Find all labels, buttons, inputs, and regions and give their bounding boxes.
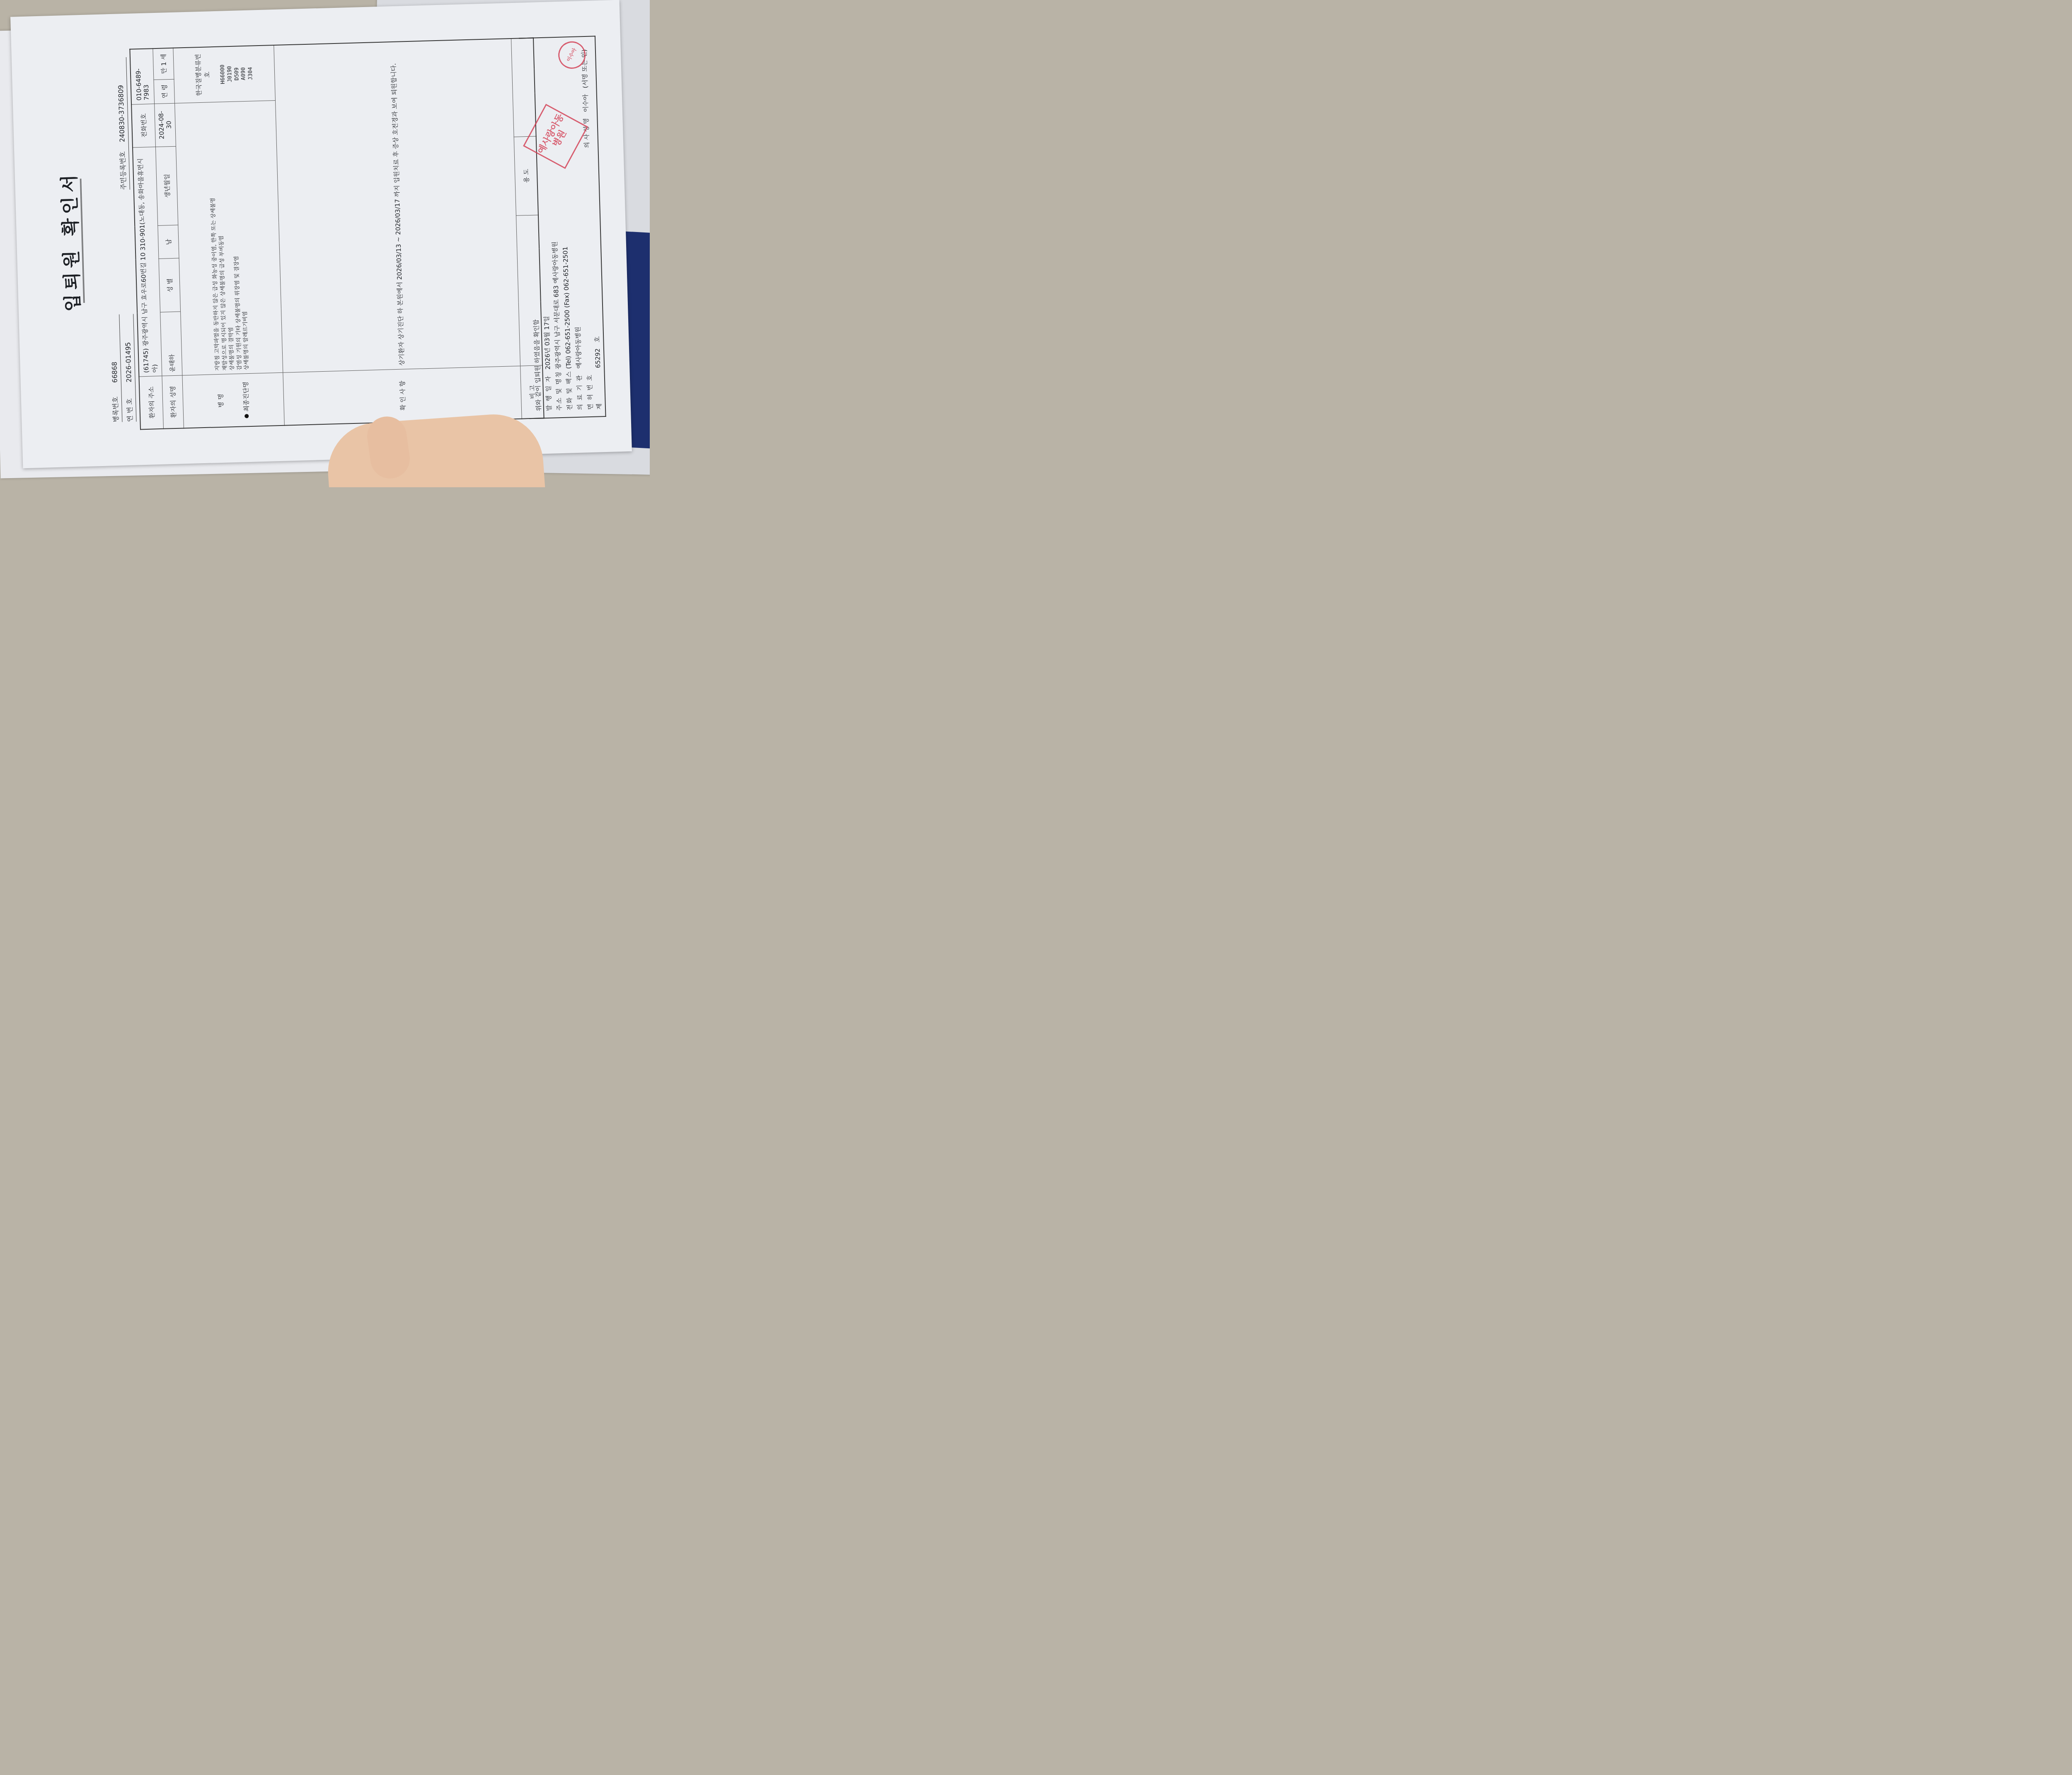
- kcd-label: 한국질병분류번호: [193, 51, 212, 99]
- age-label: 연 령: [154, 79, 175, 104]
- resident-number-value: 240830-3736809: [117, 85, 126, 143]
- diagnosis-label-cell: 병 명 최종진단명: [182, 372, 284, 428]
- dob-value: 2024-08-30: [155, 103, 176, 147]
- admission-discharge-certificate: 입퇴원 확인서 병록번호 66868 연 번 호 2026-01495 주민등록…: [29, 19, 612, 449]
- final-diagnosis-label: 최종진단명: [241, 377, 251, 423]
- serial-number: 연 번 호 2026-01495: [122, 314, 136, 422]
- kcd-code: J304: [247, 49, 255, 97]
- confirmation-text: 상기환자 상기진단 하 본원에서 2026/03/13 ~ 2026/03/17…: [274, 39, 520, 372]
- ward-number-label: 병록번호: [110, 385, 121, 423]
- name-value: 윤태하: [160, 312, 182, 376]
- resident-number-label: 주민등록번호: [117, 144, 128, 190]
- diagnosis-names: 지방점 고막파열을 동반하지 않은 급성 화농성 중이염, 한쪽 또는 상세불명…: [175, 100, 283, 375]
- patient-table: 환자의 주소 (61745) 광주광역시 남구 효우로60번길 10 310-9…: [129, 37, 544, 430]
- diagnosis-label: 병 명: [216, 378, 226, 424]
- address-label: 환자의 주소: [139, 376, 163, 429]
- phone-value: 010-6489-7983: [130, 48, 154, 104]
- kcd-code-list: H66000J0190D509A090J304: [219, 49, 255, 98]
- kcd-cell: 한국질병분류번호 H66000J0190D509A090J304: [173, 45, 276, 103]
- confirmation-row: 확 인 사 항 상기환자 상기진단 하 본원에서 2026/03/13 ~ 20…: [274, 39, 522, 426]
- diagnosis-list: 지방점 고막파열을 동반하지 않은 급성 화농성 중이염, 한쪽 또는 상세불명…: [207, 105, 251, 371]
- document-page: 입퇴원 확인서 병록번호 66868 연 번 호 2026-01495 주민등록…: [10, 0, 632, 468]
- sex-label: 성 별: [159, 258, 181, 312]
- serial-number-label: 연 번 호: [124, 385, 135, 422]
- name-label: 환자의 성명: [162, 375, 184, 429]
- ward-number: 병록번호 66868: [108, 314, 122, 423]
- ward-number-value: 66868: [110, 362, 119, 383]
- dob-label: 생년월일: [155, 146, 178, 226]
- diagnosis-row: 병 명 최종진단명 지방점 고막파열을 동반하지 않은 급성 화농성 중이염, …: [173, 45, 285, 428]
- resident-number: 주민등록번호 240830-3736809: [115, 57, 130, 190]
- serial-number-value: 2026-01495: [124, 342, 133, 382]
- age-value: 만 1 세: [153, 48, 174, 80]
- issuer-section: 위와 같이 입퇴원 하였음을 확인함 발 행 일 자2026년 03월 17일 …: [519, 36, 606, 419]
- sex-value: 남: [158, 225, 179, 259]
- bullet-icon: [244, 414, 249, 418]
- phone-label: 전화번호: [131, 104, 155, 147]
